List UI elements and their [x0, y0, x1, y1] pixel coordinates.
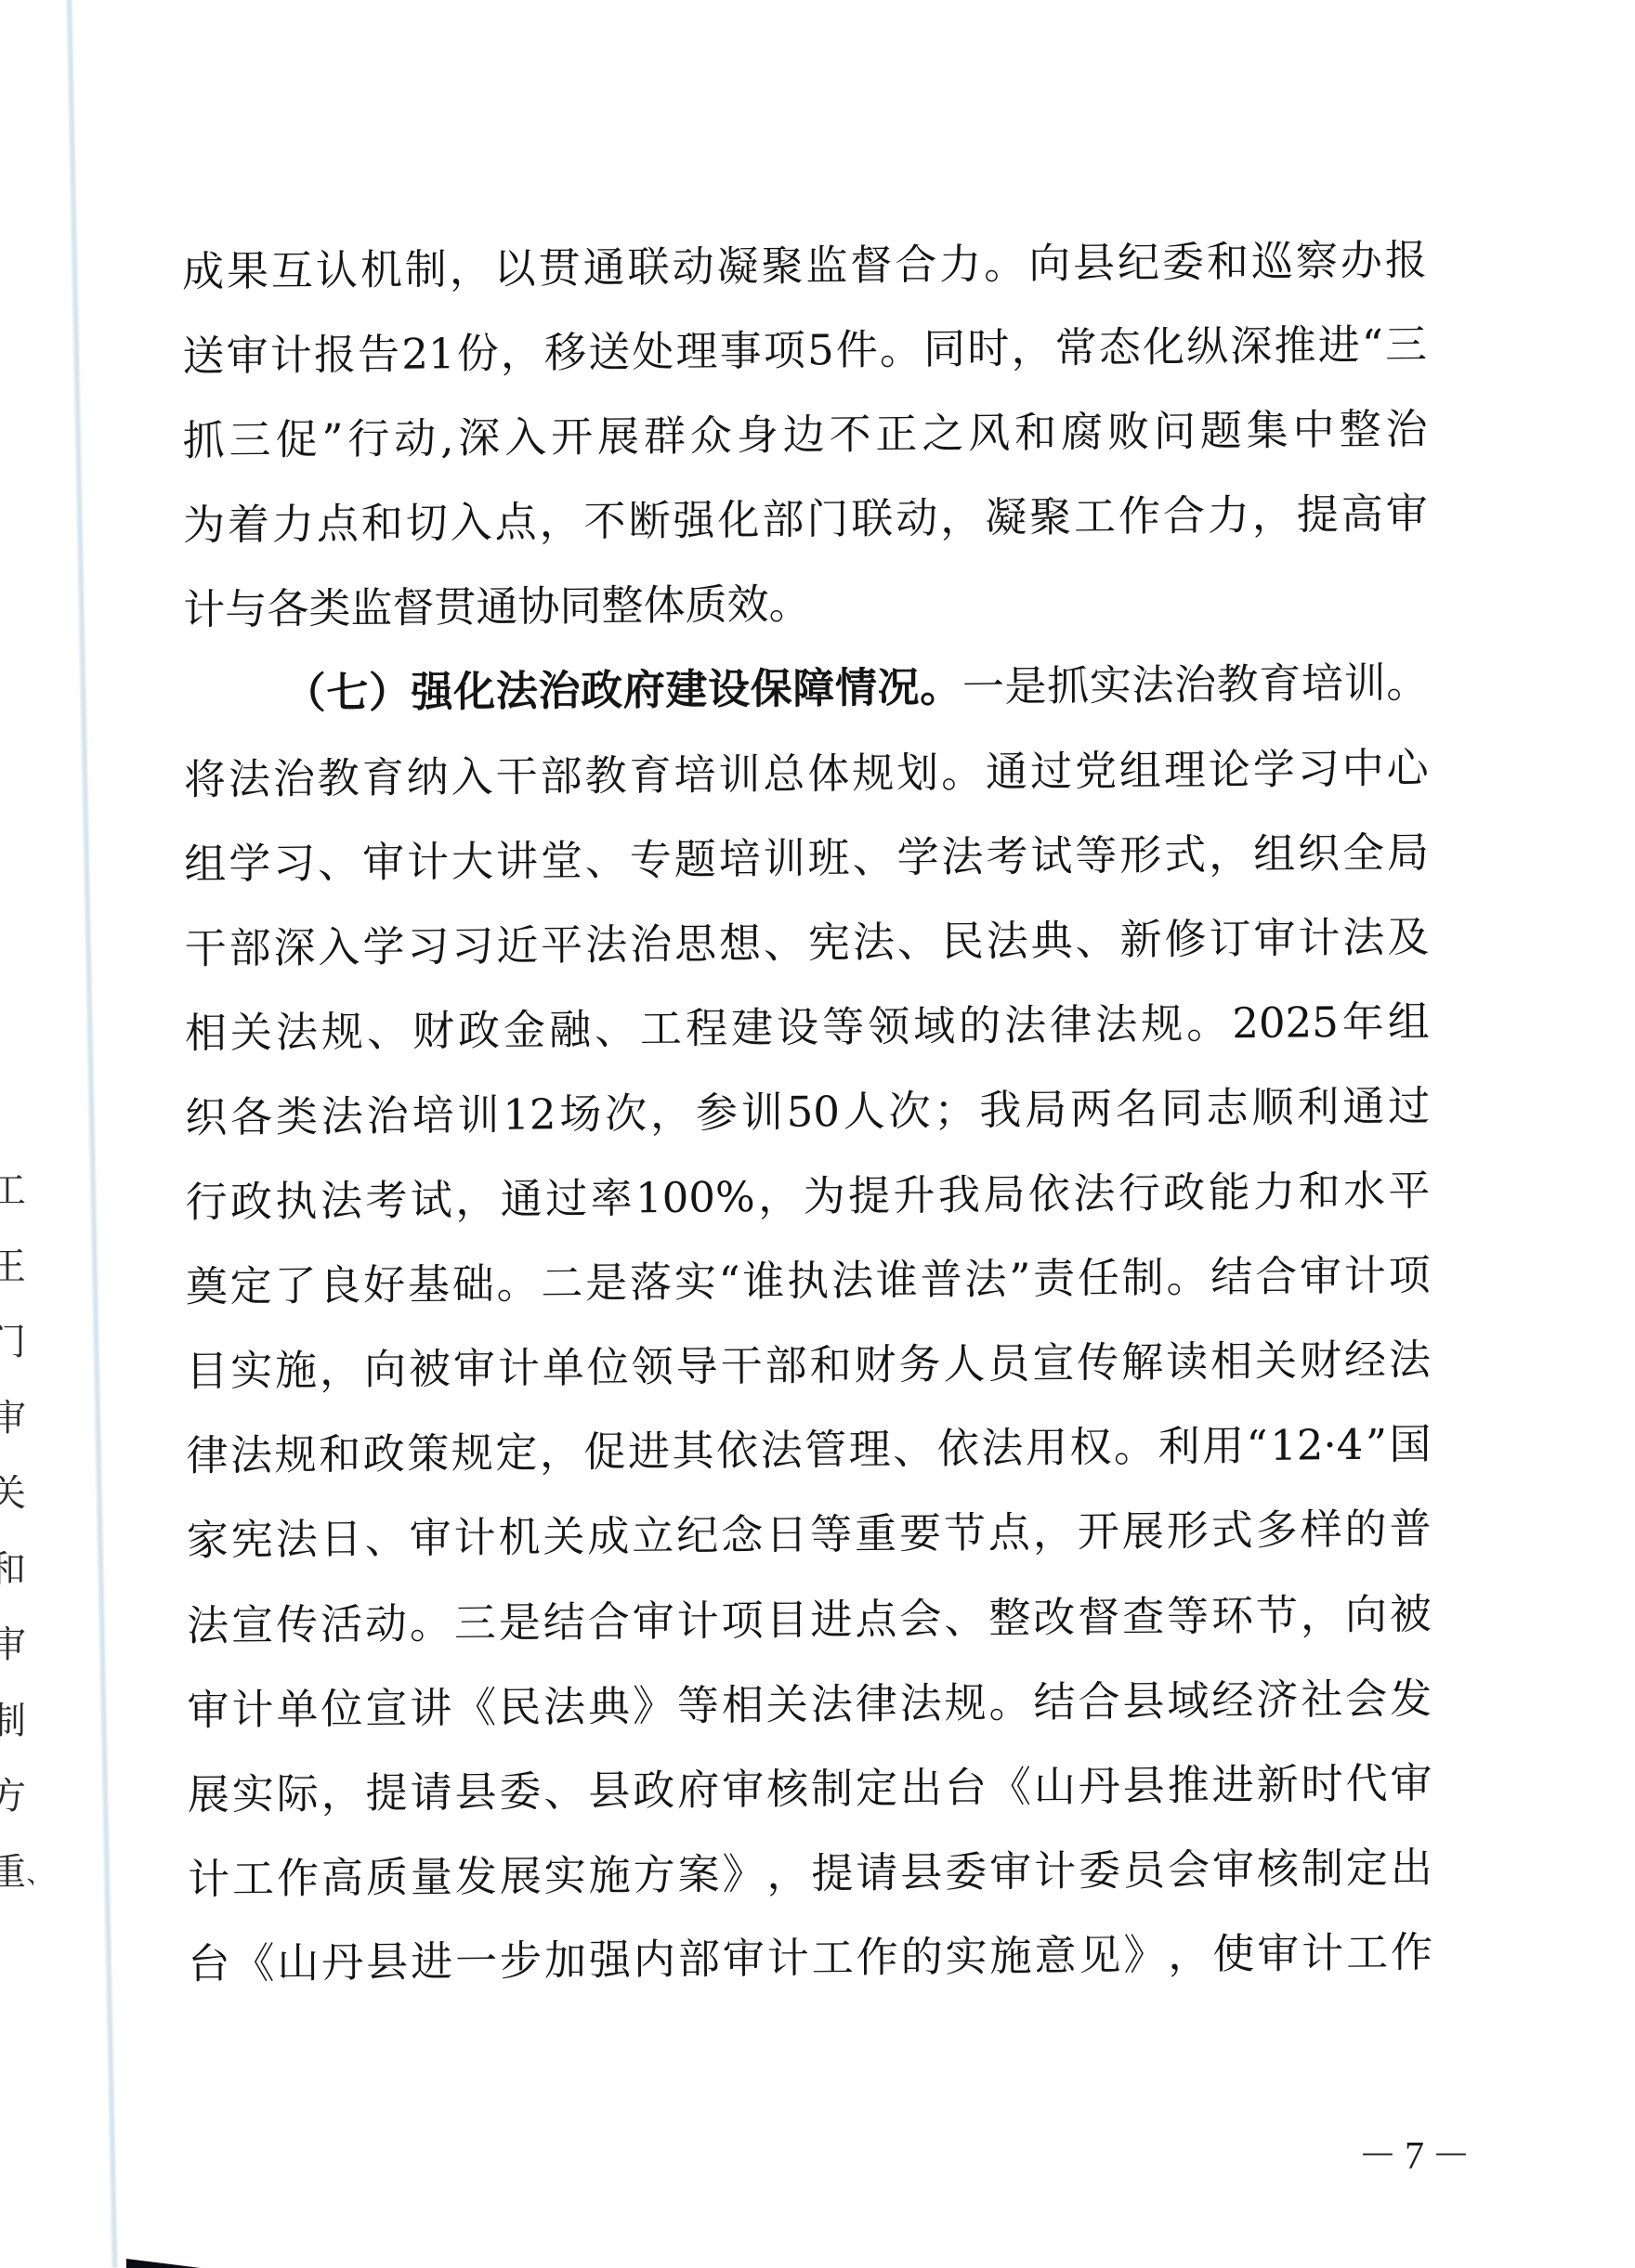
body-char: 合	[1163, 491, 1205, 577]
body-char: 整	[601, 581, 643, 667]
body-char: 边	[783, 411, 825, 496]
body-char: 抓	[1047, 661, 1089, 747]
body-char: 培	[674, 749, 715, 835]
body-char: 组	[1253, 828, 1295, 914]
body-char: 量	[411, 1852, 452, 1937]
body-char: 行	[185, 1178, 227, 1263]
body-char: 财	[1300, 1336, 1341, 1421]
body-char: 督	[1078, 1592, 1119, 1677]
body-char: 不	[584, 497, 626, 582]
body-char: 和	[809, 1340, 851, 1426]
body-char: 丹	[1079, 1761, 1120, 1846]
body-char: 和	[1207, 237, 1249, 322]
body-char: 份	[457, 329, 499, 414]
body-char: 机	[360, 245, 402, 331]
body-char: 实	[946, 1932, 988, 2017]
body-char: 通	[1342, 1082, 1384, 1167]
body-char: 通	[501, 1174, 543, 1259]
body-char: 案	[678, 1849, 720, 1935]
body-char: 将	[184, 754, 226, 840]
body-char: 监	[805, 241, 847, 326]
body-char: 审	[362, 837, 404, 922]
body-char: 目	[186, 1347, 228, 1432]
body-char: 认	[316, 245, 358, 331]
body-char: 动	[672, 242, 713, 328]
body-char: 了	[274, 1261, 316, 1347]
text-line: （七）强化法治政府建设保障情况。（七）强化法治政府建设保障情况。一是抓实法治教育…	[184, 658, 1429, 755]
body-char: 形	[1167, 1506, 1209, 1592]
body-char: 计	[677, 1596, 719, 1681]
body-char: 试	[411, 1175, 452, 1260]
body-char: 行	[347, 414, 389, 500]
body-char: 山	[277, 1938, 319, 2024]
body-char: 宪	[231, 1516, 273, 1601]
body-char: 平	[1388, 1166, 1430, 1251]
body-char: 审	[1253, 913, 1295, 998]
body-char: 风	[968, 409, 1010, 494]
text-line: 计与各类监督贯通协同整体质效。计与各类监督贯通协同整体质效。	[183, 574, 1428, 671]
body-char: 目	[765, 1595, 807, 1680]
body-char: 台	[945, 1762, 987, 1847]
body-char: 进	[1212, 1760, 1254, 1845]
text-line: 为着力点和切入点，不断强化部门联动，凝聚工作合力，提高审为着力点和切入点，不断强…	[183, 489, 1428, 585]
body-char: 山	[1034, 1762, 1076, 1847]
body-char: ，	[501, 328, 543, 413]
body-char: 织	[1298, 828, 1340, 914]
body-char: “	[1247, 1421, 1268, 1505]
body-char: 式	[1211, 1505, 1253, 1591]
body-char: 。	[768, 580, 810, 665]
body-char: 用	[1026, 1423, 1067, 1508]
body-char: 时	[1301, 1759, 1342, 1844]
body-char: 利	[1158, 1422, 1199, 1507]
body-char: 治	[273, 753, 315, 839]
body-char: 传	[276, 1599, 318, 1685]
body-char: 法	[187, 1600, 229, 1686]
body-char: 融	[549, 1005, 591, 1090]
body-char: 立	[632, 1511, 674, 1597]
body-char: 进	[1318, 320, 1360, 406]
body-char: 深	[273, 922, 315, 1008]
body-char: 点	[988, 1508, 1030, 1594]
document-body: 成果互认机制，以贯通联动凝聚监督合力。向县纪委和巡察办报成果互认机制，以贯通联动…	[182, 235, 1433, 2024]
body-char: 向	[1345, 1589, 1387, 1675]
body-char: 2025	[1232, 997, 1339, 1083]
body-char: 县	[588, 1766, 630, 1851]
body-char: 见	[1079, 1930, 1120, 2015]
facing-page-fragment: 审	[0, 1626, 33, 1702]
body-char: 规	[1141, 999, 1183, 1085]
body-char: 计	[407, 837, 449, 922]
body-char: 的	[959, 1000, 1001, 1086]
body-char: 凝	[716, 241, 758, 327]
body-char: 工	[1074, 492, 1116, 578]
body-char: 推	[1274, 320, 1315, 406]
body-char: 部	[765, 1341, 806, 1427]
body-char: 开	[1078, 1507, 1119, 1593]
body-char: 单	[543, 1343, 584, 1428]
section-heading-char: 府	[623, 666, 665, 751]
body-char: 治	[630, 919, 672, 1005]
facing-page-fragment: 王	[0, 1248, 33, 1324]
text-line: 计工作高质量发展实施方案》，提请县委审计委员会审核制定出计工作高质量发展实施方案…	[188, 1843, 1432, 1939]
body-char: 其	[672, 1427, 713, 1512]
body-char: 府	[677, 1765, 719, 1850]
body-char: 台	[188, 1938, 229, 2024]
body-char: 机	[498, 1513, 540, 1598]
body-char: 送	[182, 332, 224, 417]
body-char: 相	[1210, 1336, 1252, 1422]
facing-page-fragments: 工王门审关和审制方重、	[0, 1172, 33, 1929]
text-line: 组学习、审计大讲堂、专题培训班、学法考试等形式，组织全局组学习、审计大讲堂、专题…	[184, 828, 1429, 924]
body-char: 实	[232, 1769, 274, 1855]
body-char: 》	[1123, 1930, 1165, 2015]
body-char: 管	[804, 1426, 846, 1511]
body-char: 入	[451, 498, 492, 583]
body-char: 作	[1118, 491, 1160, 577]
body-char: 多	[1256, 1505, 1298, 1591]
body-char: 办	[1341, 236, 1382, 321]
body-char: 被	[409, 1345, 451, 1430]
body-char: 权	[1069, 1423, 1111, 1508]
body-char: 实	[674, 1258, 716, 1343]
body-char: 订	[1209, 914, 1250, 999]
body-char: 民	[499, 1682, 541, 1767]
body-char: ；	[934, 1086, 975, 1171]
body-char: 定	[856, 1763, 897, 1848]
body-char: 定	[495, 1428, 537, 1514]
body-char: 出	[900, 1763, 942, 1848]
body-char: 律	[1050, 999, 1092, 1085]
body-char: 是	[585, 1258, 627, 1344]
body-char: 制	[1122, 1253, 1164, 1338]
body-char: 习	[1298, 744, 1340, 829]
body-char: ,	[440, 413, 454, 498]
body-char: 育	[1259, 659, 1301, 745]
body-char: 学	[362, 921, 404, 1007]
body-char: 法	[761, 1426, 803, 1511]
body-char: 力	[1208, 490, 1249, 576]
body-char: 委	[499, 1766, 541, 1852]
text-line: 审计单位宣讲《民法典》等相关法律法规。结合县域经济社会发审计单位宣讲《民法典》等…	[187, 1674, 1432, 1770]
body-char: ”	[1366, 1420, 1387, 1505]
body-char: 群	[644, 411, 686, 497]
body-char: 关	[543, 1512, 584, 1597]
body-char: 典	[1031, 916, 1073, 1001]
body-char: 域	[913, 1001, 955, 1087]
body-char: 查	[1122, 1591, 1164, 1676]
body-char: 局	[1025, 1085, 1066, 1170]
body-char: 典	[588, 1681, 630, 1766]
body-char: 等	[677, 1680, 719, 1766]
body-char: 培	[412, 1090, 453, 1176]
body-char: 部	[229, 923, 270, 1009]
body-char: 干	[496, 751, 538, 837]
body-char: 中	[1293, 405, 1335, 490]
body-char: 名	[1116, 1084, 1158, 1169]
body-char: 学	[896, 832, 938, 918]
body-char: 着	[228, 500, 269, 585]
body-char: 两	[1070, 1084, 1112, 1169]
body-char: 良	[319, 1260, 360, 1346]
body-char: 门	[806, 494, 848, 580]
body-char: 。	[410, 1598, 451, 1684]
body-char: 项	[721, 1596, 763, 1681]
body-char: 结	[543, 1597, 585, 1682]
body-char: 审	[226, 331, 268, 416]
body-char: 巡	[1251, 237, 1293, 322]
body-char: 12	[503, 1089, 556, 1175]
text-line: 成果互认机制，以贯通联动凝聚监督合力。向县纪委和巡察办报成果互认机制，以贯通联动…	[182, 235, 1427, 332]
body-char: 普	[921, 1255, 962, 1340]
body-char: 审	[723, 1934, 765, 2019]
body-char: 计	[453, 1513, 495, 1598]
body-char: 工	[232, 1854, 274, 1939]
body-char: 修	[1164, 914, 1206, 999]
body-char: 要	[899, 1509, 941, 1595]
body-char: 等	[1075, 830, 1117, 916]
body-char: 法	[320, 1176, 362, 1261]
body-char: 关	[230, 1008, 272, 1093]
body-char: 21	[401, 329, 455, 414]
body-char: 依	[716, 1426, 758, 1511]
body-char: 协	[517, 581, 559, 667]
body-char: 和	[1299, 1167, 1341, 1252]
body-char: ，	[940, 493, 982, 579]
body-char: 县	[366, 1937, 408, 2023]
body-char: 质	[685, 580, 726, 666]
body-char: 织	[185, 1093, 227, 1179]
text-line: 法宣传活动。三是结合审计项目进点会、整改督查等环节，向被法宣传活动。三是结合审计…	[187, 1589, 1432, 1686]
body-char: 出	[1391, 1843, 1432, 1928]
body-char: 培	[1301, 658, 1343, 744]
page-number: －7－	[1358, 2125, 1478, 2181]
body-char: 建	[731, 1003, 773, 1088]
body-char: 习	[273, 838, 315, 923]
body-char: 进	[810, 1595, 852, 1680]
body-char: 部	[762, 495, 804, 580]
body-char: 、	[944, 1593, 986, 1678]
text-line: 展实际，提请县委、县政府审核制定出台《山丹县推进新时代审展实际，提请县委、县政府…	[188, 1758, 1432, 1855]
body-char: 讲	[496, 836, 538, 921]
body-char: 请	[410, 1767, 451, 1853]
body-char: 会	[1168, 1844, 1210, 1930]
body-char: 训	[718, 749, 760, 835]
body-char: 提	[1297, 489, 1339, 575]
body-char: ，	[766, 1848, 808, 1934]
body-char: 项	[1389, 1250, 1431, 1336]
body-char: 次	[605, 1088, 647, 1174]
facing-page-fragment: 门	[0, 1323, 33, 1400]
body-char: 法	[811, 1679, 853, 1765]
body-char: 、	[543, 1766, 585, 1852]
body-char: 代	[1345, 1758, 1387, 1844]
body-char: 社	[1301, 1675, 1342, 1760]
body-char: 我	[979, 1085, 1021, 1170]
body-char: 利	[1297, 1082, 1339, 1167]
body-char: 理	[1164, 745, 1206, 830]
body-char: 提	[848, 1171, 890, 1257]
body-char: 展	[1122, 1506, 1164, 1592]
body-char: 审	[722, 1765, 764, 1850]
body-char: 能	[1209, 1167, 1250, 1253]
body-char: 通	[986, 747, 1027, 832]
section-7-paragraph: （七）强化法治政府建设保障情况。（七）强化法治政府建设保障情况。一是抓实法治教育…	[184, 658, 1433, 2024]
body-char: 体	[643, 580, 685, 666]
body-char: 核	[766, 1764, 808, 1849]
body-char: 等	[810, 1510, 852, 1596]
section-heading-char: 治	[538, 666, 580, 751]
body-char: 活	[320, 1599, 362, 1685]
body-char: 育	[362, 752, 404, 838]
text-line: 行政执法考试，通过率100%，为提升我局依法行政能力和水平行政执法考试，通过率 …	[185, 1166, 1430, 1262]
body-char: 工	[812, 1933, 854, 2018]
body-char: 论	[1209, 745, 1250, 830]
body-char: 被	[1390, 1589, 1432, 1675]
body-char: 委	[1079, 1845, 1120, 1931]
body-char: 动	[365, 1598, 407, 1684]
body-char: 好	[363, 1260, 405, 1346]
body-char: 。	[1114, 1422, 1156, 1507]
body-char: 施	[589, 1850, 631, 1936]
body-char: 过	[1030, 746, 1072, 831]
body-char: 结	[1210, 1252, 1252, 1337]
body-char: 丹	[321, 1937, 363, 2023]
body-char: 、	[365, 1514, 407, 1599]
body-char: 础	[452, 1259, 494, 1345]
body-char: 思	[674, 919, 716, 1004]
body-char: 节	[944, 1508, 986, 1594]
body-char: 位	[587, 1343, 629, 1428]
body-char: 不	[829, 410, 870, 495]
body-char: 教	[318, 753, 360, 839]
body-char: 项	[764, 326, 805, 411]
body-char: 同	[559, 581, 601, 667]
body-char: 过	[545, 1174, 587, 1259]
body-char: 式	[1164, 829, 1206, 915]
body-char: 法	[276, 1515, 318, 1600]
body-char: 处	[632, 327, 674, 412]
text-line: 目实施，向被审计单位领导干部和财务人员宣传解读相关财经法目实施，向被审计单位领导…	[186, 1335, 1431, 1431]
body-char: 法	[1131, 660, 1173, 746]
body-char: 动	[896, 493, 937, 579]
body-char: 法	[321, 1091, 363, 1177]
body-char: 点	[317, 499, 359, 584]
body-char: 同	[1161, 1083, 1203, 1168]
body-char: 依	[1028, 1169, 1070, 1255]
body-char: 国	[1389, 1419, 1431, 1505]
body-char: 、	[764, 918, 805, 1003]
body-char: 干	[721, 1341, 763, 1427]
body-char: 整	[988, 1593, 1030, 1678]
body-char: ”	[321, 415, 343, 500]
body-char: 、	[367, 1007, 409, 1092]
body-char: 法	[230, 1430, 272, 1516]
body-char: 县	[900, 1847, 942, 1933]
body-char: 新	[1120, 915, 1162, 1000]
body-char: 相	[185, 1008, 227, 1093]
body-char: 局	[1387, 828, 1429, 913]
body-char: 县	[1123, 1761, 1165, 1846]
body-char: 教	[1217, 659, 1259, 745]
body-char: 化	[717, 495, 759, 580]
body-char: 法	[229, 754, 270, 840]
body-char: 各	[230, 1092, 272, 1178]
body-char: 法	[543, 1681, 585, 1766]
body-char: 策	[407, 1429, 449, 1515]
body-char: 习	[407, 921, 449, 1007]
body-char: 《	[454, 1682, 496, 1767]
body-char: 高	[321, 1853, 363, 1938]
body-char: 聚	[761, 241, 803, 327]
body-char: 规	[852, 748, 894, 833]
body-char: 事	[720, 326, 762, 411]
body-char: 律	[186, 1431, 228, 1517]
body-char: 堂	[541, 836, 582, 921]
body-char: 。	[1166, 1253, 1208, 1338]
body-char: 促	[583, 1427, 625, 1513]
body-char: 基	[408, 1259, 450, 1345]
body-char: 法	[1095, 999, 1137, 1085]
body-char: 工	[640, 1004, 682, 1089]
body-char: 的	[1344, 1505, 1386, 1590]
section-heading-char: 。	[920, 662, 961, 748]
body-char: 审	[1386, 489, 1428, 574]
body-char: 域	[1167, 1675, 1209, 1761]
body-char: 。	[941, 747, 983, 832]
body-char: 提	[811, 1848, 853, 1934]
body-char: 领	[632, 1342, 674, 1427]
body-char: 。	[984, 239, 1026, 324]
body-char: 进	[411, 1936, 452, 2022]
body-char: 、	[1076, 915, 1118, 1000]
body-char: 一	[455, 1936, 497, 2022]
body-char: 结	[1033, 1676, 1075, 1762]
text-line: 织各类法治培训12场次，参训50人次；我局两名同志顺利通过织各类法治培训 12 …	[185, 1081, 1430, 1178]
body-char: 审	[1257, 1928, 1299, 2014]
body-char: 考	[986, 831, 1027, 917]
body-char: 领	[868, 1001, 909, 1087]
body-char: 体	[807, 749, 849, 834]
body-char: 审	[453, 1344, 495, 1429]
body-char: 定	[230, 1261, 272, 1347]
body-char: 政	[363, 1429, 405, 1515]
body-char: 报	[1385, 235, 1427, 320]
body-char: 效	[726, 580, 768, 665]
body-char: 督	[850, 241, 892, 326]
body-char: 强	[589, 1935, 631, 2020]
body-char: 深	[1230, 321, 1272, 407]
body-char: 财	[412, 1006, 454, 1091]
body-char: 执	[275, 1177, 317, 1262]
body-char: 设	[777, 1002, 818, 1088]
body-char: 是	[499, 1597, 541, 1683]
body-char: 常	[1055, 323, 1097, 409]
body-char: 和	[319, 1430, 360, 1516]
body-char: 奠	[186, 1262, 228, 1348]
body-char: 近	[496, 920, 538, 1006]
body-char: 节	[1256, 1590, 1298, 1675]
body-char: 步	[500, 1936, 542, 2021]
body-char: 法	[1004, 1000, 1046, 1086]
body-char: 新	[1257, 1759, 1299, 1844]
body-char: 整	[1339, 405, 1380, 490]
body-char: 志	[1207, 1083, 1249, 1168]
body-char: 成	[182, 247, 224, 332]
body-char: 、	[893, 1425, 935, 1510]
body-char: 类	[308, 584, 350, 670]
body-char: 的	[901, 1932, 943, 2017]
